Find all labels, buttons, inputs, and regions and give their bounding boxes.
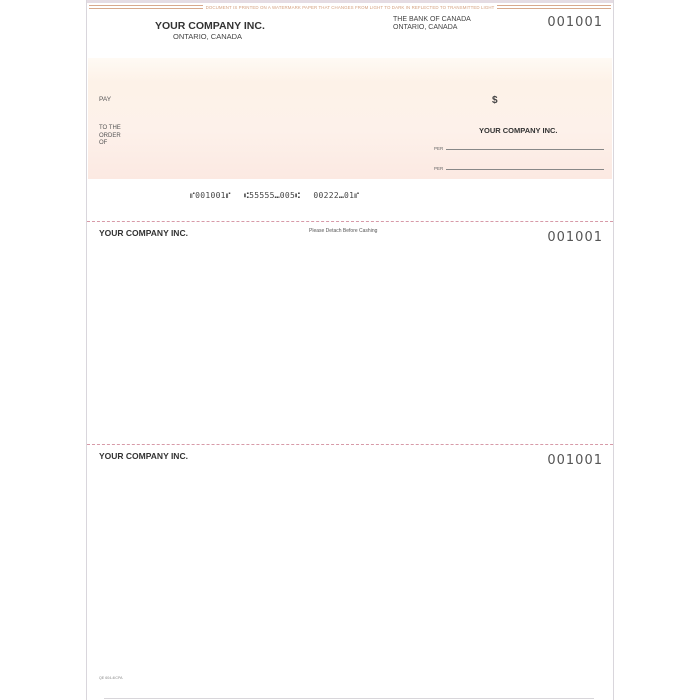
order-label-line: TO THE: [99, 125, 121, 133]
signer-company: YOUR COMPANY INC.: [479, 126, 557, 135]
stub-2-cheque-number: 001001: [547, 453, 603, 468]
cheque-body-tint: [88, 58, 612, 179]
sheet-bottom-edge: [104, 698, 594, 699]
bank-location: ONTARIO, CANADA: [393, 24, 471, 32]
order-label-line: OF: [99, 140, 121, 148]
security-rule-left: [89, 5, 203, 9]
stub-1-cheque-number: 001001: [547, 230, 603, 245]
security-notice: DOCUMENT IS PRINTED ON A WATERMARK PAPER…: [203, 5, 498, 10]
per-label: PER: [434, 166, 443, 171]
dollar-sign: $: [492, 95, 498, 106]
stub-2-company: YOUR COMPANY INC.: [99, 451, 188, 461]
form-code: QE 604-4ICPA: [99, 676, 123, 680]
order-label-line: ORDER: [99, 133, 121, 141]
signature-rule: [446, 169, 604, 170]
pay-label: PAY: [99, 96, 111, 103]
cheque-number: 001001: [547, 15, 603, 30]
bank-name: THE BANK OF CANADA: [393, 16, 471, 24]
security-notice-row: DOCUMENT IS PRINTED ON A WATERMARK PAPER…: [89, 4, 611, 10]
bank-info: THE BANK OF CANADA ONTARIO, CANADA: [393, 16, 471, 32]
signature-line-1[interactable]: PER: [434, 146, 604, 151]
perforation-1: [87, 221, 613, 222]
signature-line-2[interactable]: PER: [434, 166, 604, 171]
cheque-sheet: DOCUMENT IS PRINTED ON A WATERMARK PAPER…: [86, 0, 614, 700]
per-label: PER: [434, 146, 443, 151]
stub-1-company: YOUR COMPANY INC.: [99, 228, 188, 238]
detach-note: Please Detach Before Cashing: [309, 228, 377, 234]
perforation-2: [87, 444, 613, 445]
security-rule-right: [497, 5, 611, 9]
company-location: ONTARIO, CANADA: [173, 32, 242, 41]
top-edge: [87, 0, 613, 3]
micr-line: ⑈001001⑈ ⑆55555⑉005⑆ 00222⑉01⑈: [190, 191, 359, 200]
signature-rule: [446, 149, 604, 150]
company-name: YOUR COMPANY INC.: [155, 20, 265, 32]
to-the-order-of-label: TO THE ORDER OF: [99, 125, 121, 148]
